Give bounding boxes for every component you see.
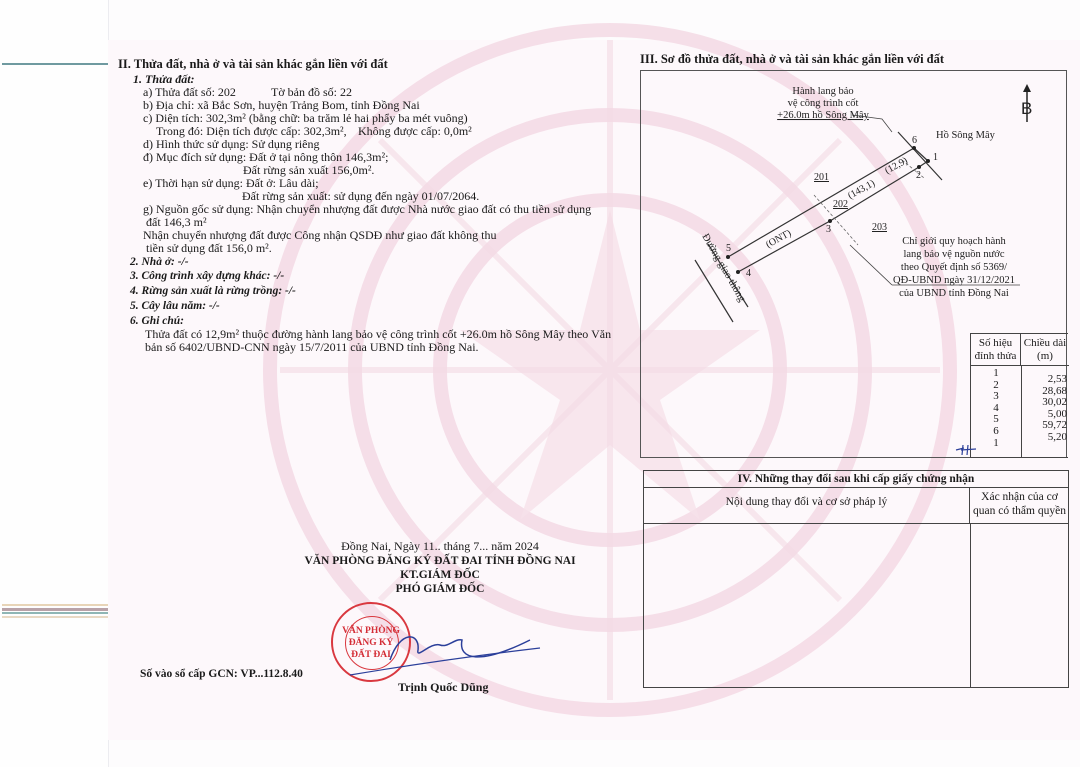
parcel-201: 201 [814,172,829,183]
length-cell: 5,20 [1021,432,1067,444]
section-3-title: III. Sơ đồ thửa đất, nhà ở và tài sản kh… [640,52,944,67]
item-4-forest: 4. Rừng sản xuất là rừng trồng: -/- [130,285,296,297]
planning-note-4: QĐ-UBND ngày 31/12/2021 [893,275,1015,286]
table-header-length: Chiều dài (m) [1021,334,1069,366]
note-line-2: bản số 6402/UBND-CNN ngày 15/7/2011 của … [145,341,479,354]
planning-note-3: theo Quyết định số 5369/ [901,262,1007,273]
planning-note-1: Chỉ giới quy hoạch hành [902,236,1006,247]
length-column: 2,5328,6830,025,0059,725,20 [1021,374,1067,444]
signer-name: Trịnh Quốc Dũng [398,680,488,695]
vertex-cell: 1 [971,368,1021,380]
vertex-4: 4 [746,268,751,279]
road-label: Đường giao thông [699,232,747,304]
section-4-title: IV. Những thay đổi sau khi cấp giấy chứn… [644,471,1068,488]
signer-role: PHÓ GIÁM ĐỐC [290,583,590,595]
area-not-granted: Không được cấp: 0,0m² [358,125,472,138]
vertex-1: 1 [933,152,938,163]
table-header-vertex: Số hiệu đỉnh thửa [971,334,1021,366]
section-2-title: II. Thửa đất, nhà ở và tài sản khác gắn … [118,57,388,72]
vertex-length-table: Số hiệu đỉnh thửa Chiều dài (m) 1234561 … [970,333,1068,458]
strip-line [2,604,108,606]
land-use-code: (ONT) [764,228,793,251]
planning-note-5: của UBND tỉnh Đồng Nai [899,288,1009,299]
handwritten-mark [954,444,978,456]
strip-line [2,608,108,611]
vertex-cell: 1 [971,438,1021,450]
item-6-title: 6. Ghi chú: [130,315,184,327]
svg-text:B: B [1021,99,1032,118]
length-cell: 2,53 [1021,374,1067,386]
vertex-5: 5 [726,243,731,254]
corridor-label-2: vệ công trình cốt [788,98,859,109]
item-2-house: 2. Nhà ở: -/- [130,256,189,268]
signer-role-kt: KT.GIÁM ĐỐC [290,569,590,581]
planning-note-2: lang bảo vệ nguồn nước [903,249,1004,260]
changes-header-content: Nội dung thay đổi và cơ sở pháp lý [644,487,970,524]
item-3-other-works: 3. Công trình xây dựng khác: -/- [130,270,284,282]
vertex-cell: 6 [971,426,1021,438]
corridor-label-1: Hành lang bảo [792,86,853,97]
vertex-3: 3 [826,224,831,235]
left-binding-strip [0,0,109,767]
corridor-label-3: +26.0m hồ Sông Mây [777,110,869,121]
register-number: Số vào sổ cấp GCN: VP...112.8.40 [140,668,303,680]
changes-header-confirm: Xác nhận của cơ quan có thẩm quyền [970,487,1069,524]
vertex-6: 6 [912,135,917,146]
changes-table: IV. Những thay đổi sau khi cấp giấy chứn… [643,470,1069,688]
usage-origin-4: tiền sử dụng đất 156,0 m². [146,242,272,255]
signature-scribble [330,620,550,680]
main-length: (143,1) [846,178,877,202]
issuing-office: VĂN PHÒNG ĐĂNG KÝ ĐẤT ĐAI TỈNH ĐỒNG NAI [290,555,590,567]
parcel-202: 202 [833,199,848,210]
north-arrow-icon: B [1021,84,1032,122]
vertex-2: 2 [916,170,921,181]
vertex-column: 1234561 [971,368,1021,449]
issue-date: Đồng Nai, Ngày 11.. tháng 7... năm 2024 [290,540,590,553]
item-5-perennial: 5. Cây lâu năm: -/- [130,300,220,312]
strip-line [2,612,108,614]
strip-line [2,63,108,65]
parcel-203: 203 [872,222,887,233]
strip-line [2,616,108,618]
usage-origin: g) Nguồn gốc sử dụng: Nhận chuyển nhượng… [143,203,591,216]
lake-label: Hồ Sông Mây [936,130,996,141]
